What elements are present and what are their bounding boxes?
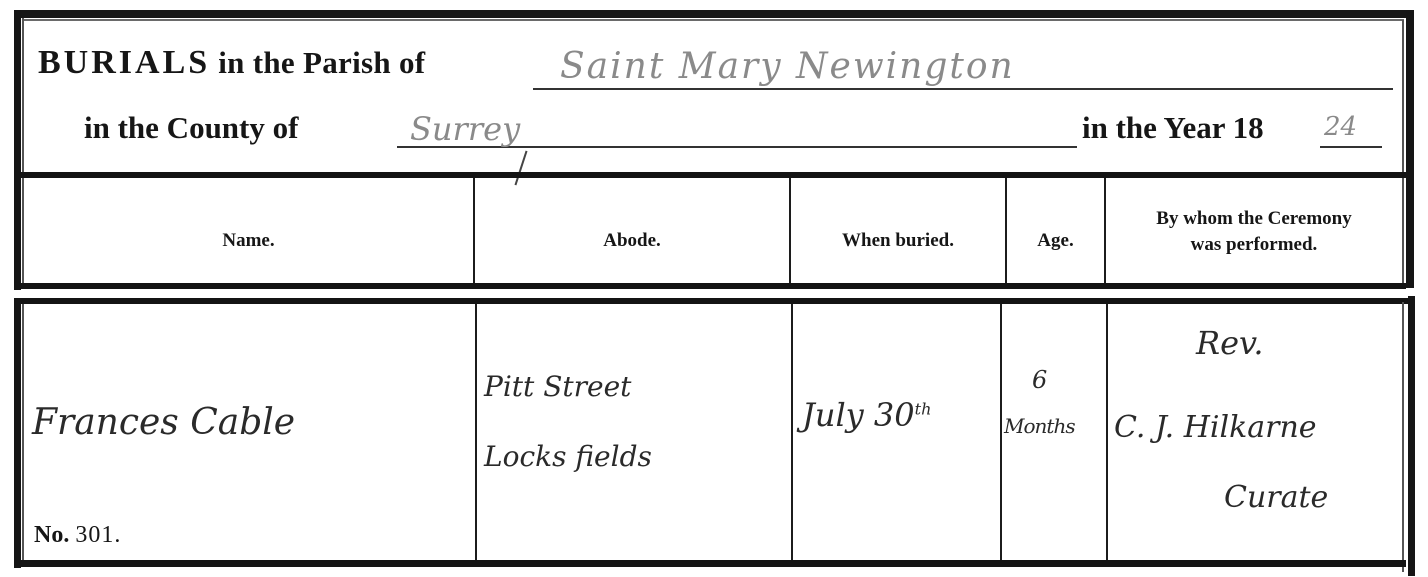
entry-bottom-rule bbox=[20, 560, 1406, 567]
entry-name: Frances Cable bbox=[32, 402, 295, 443]
entry-age-value: 6 bbox=[1032, 366, 1047, 394]
entry-abode-line2: Locks fields bbox=[484, 440, 652, 473]
parish-label: in the Parish of bbox=[218, 45, 425, 80]
entry-frame-right-inner-rule bbox=[1402, 302, 1404, 572]
frame-left-border bbox=[14, 10, 21, 290]
entry-frame-right-border bbox=[1408, 296, 1415, 576]
entry-officiant-name: C. J. Hilkarne bbox=[1114, 410, 1317, 445]
title-burials: BURIALS bbox=[38, 44, 210, 81]
entry-top-rule bbox=[20, 298, 1410, 304]
frame-top-border bbox=[14, 10, 1414, 18]
year-fill-line bbox=[1320, 146, 1382, 148]
column-header-name: Name. bbox=[24, 228, 473, 254]
register-title: BURIALS in the Parish of bbox=[38, 44, 425, 82]
entry-officiant-title: Rev. bbox=[1196, 324, 1263, 362]
entry-frame-left-inner-rule bbox=[22, 304, 24, 566]
title-bottom-rule bbox=[20, 172, 1406, 178]
pen-stroke-mark bbox=[514, 151, 527, 186]
entry-number: No. 301. bbox=[34, 522, 121, 549]
frame-top-inner-rule bbox=[22, 19, 1404, 21]
entry-divider-4 bbox=[1106, 304, 1108, 562]
entry-when-buried-date: July 30 bbox=[802, 396, 915, 434]
county-label: in the County of bbox=[84, 110, 298, 146]
entry-number-label: No. bbox=[34, 522, 69, 548]
entry-abode-line1: Pitt Street bbox=[484, 370, 631, 403]
parish-fill-line bbox=[533, 88, 1393, 90]
frame-right-border bbox=[1406, 12, 1414, 288]
column-header-officiant: By whom the Ceremony was performed. bbox=[1106, 206, 1402, 258]
entry-divider-1 bbox=[475, 304, 477, 562]
entry-divider-3 bbox=[1000, 304, 1002, 562]
county-value: Surrey bbox=[410, 110, 520, 148]
entry-when-buried: July 30th bbox=[802, 396, 931, 434]
entry-number-value: 301. bbox=[75, 522, 121, 548]
year-value: 24 bbox=[1324, 112, 1357, 142]
entry-when-buried-suffix: th bbox=[915, 399, 932, 418]
entry-frame-left-border bbox=[14, 298, 21, 568]
parish-value: Saint Mary Newington bbox=[560, 46, 1015, 87]
header-bottom-rule bbox=[20, 283, 1406, 289]
column-header-officiant-line2: was performed. bbox=[1106, 232, 1402, 258]
column-header-officiant-line1: By whom the Ceremony bbox=[1106, 206, 1402, 232]
entry-divider-2 bbox=[791, 304, 793, 562]
entry-age-unit: Months bbox=[1004, 414, 1075, 438]
frame-right-inner-rule bbox=[1402, 20, 1404, 288]
year-label: in the Year 18 bbox=[1082, 110, 1264, 146]
column-header-abode: Abode. bbox=[475, 228, 789, 254]
column-header-age: Age. bbox=[1007, 228, 1104, 254]
entry-officiant-role: Curate bbox=[1224, 480, 1328, 515]
column-header-when-buried: When buried. bbox=[791, 228, 1005, 254]
